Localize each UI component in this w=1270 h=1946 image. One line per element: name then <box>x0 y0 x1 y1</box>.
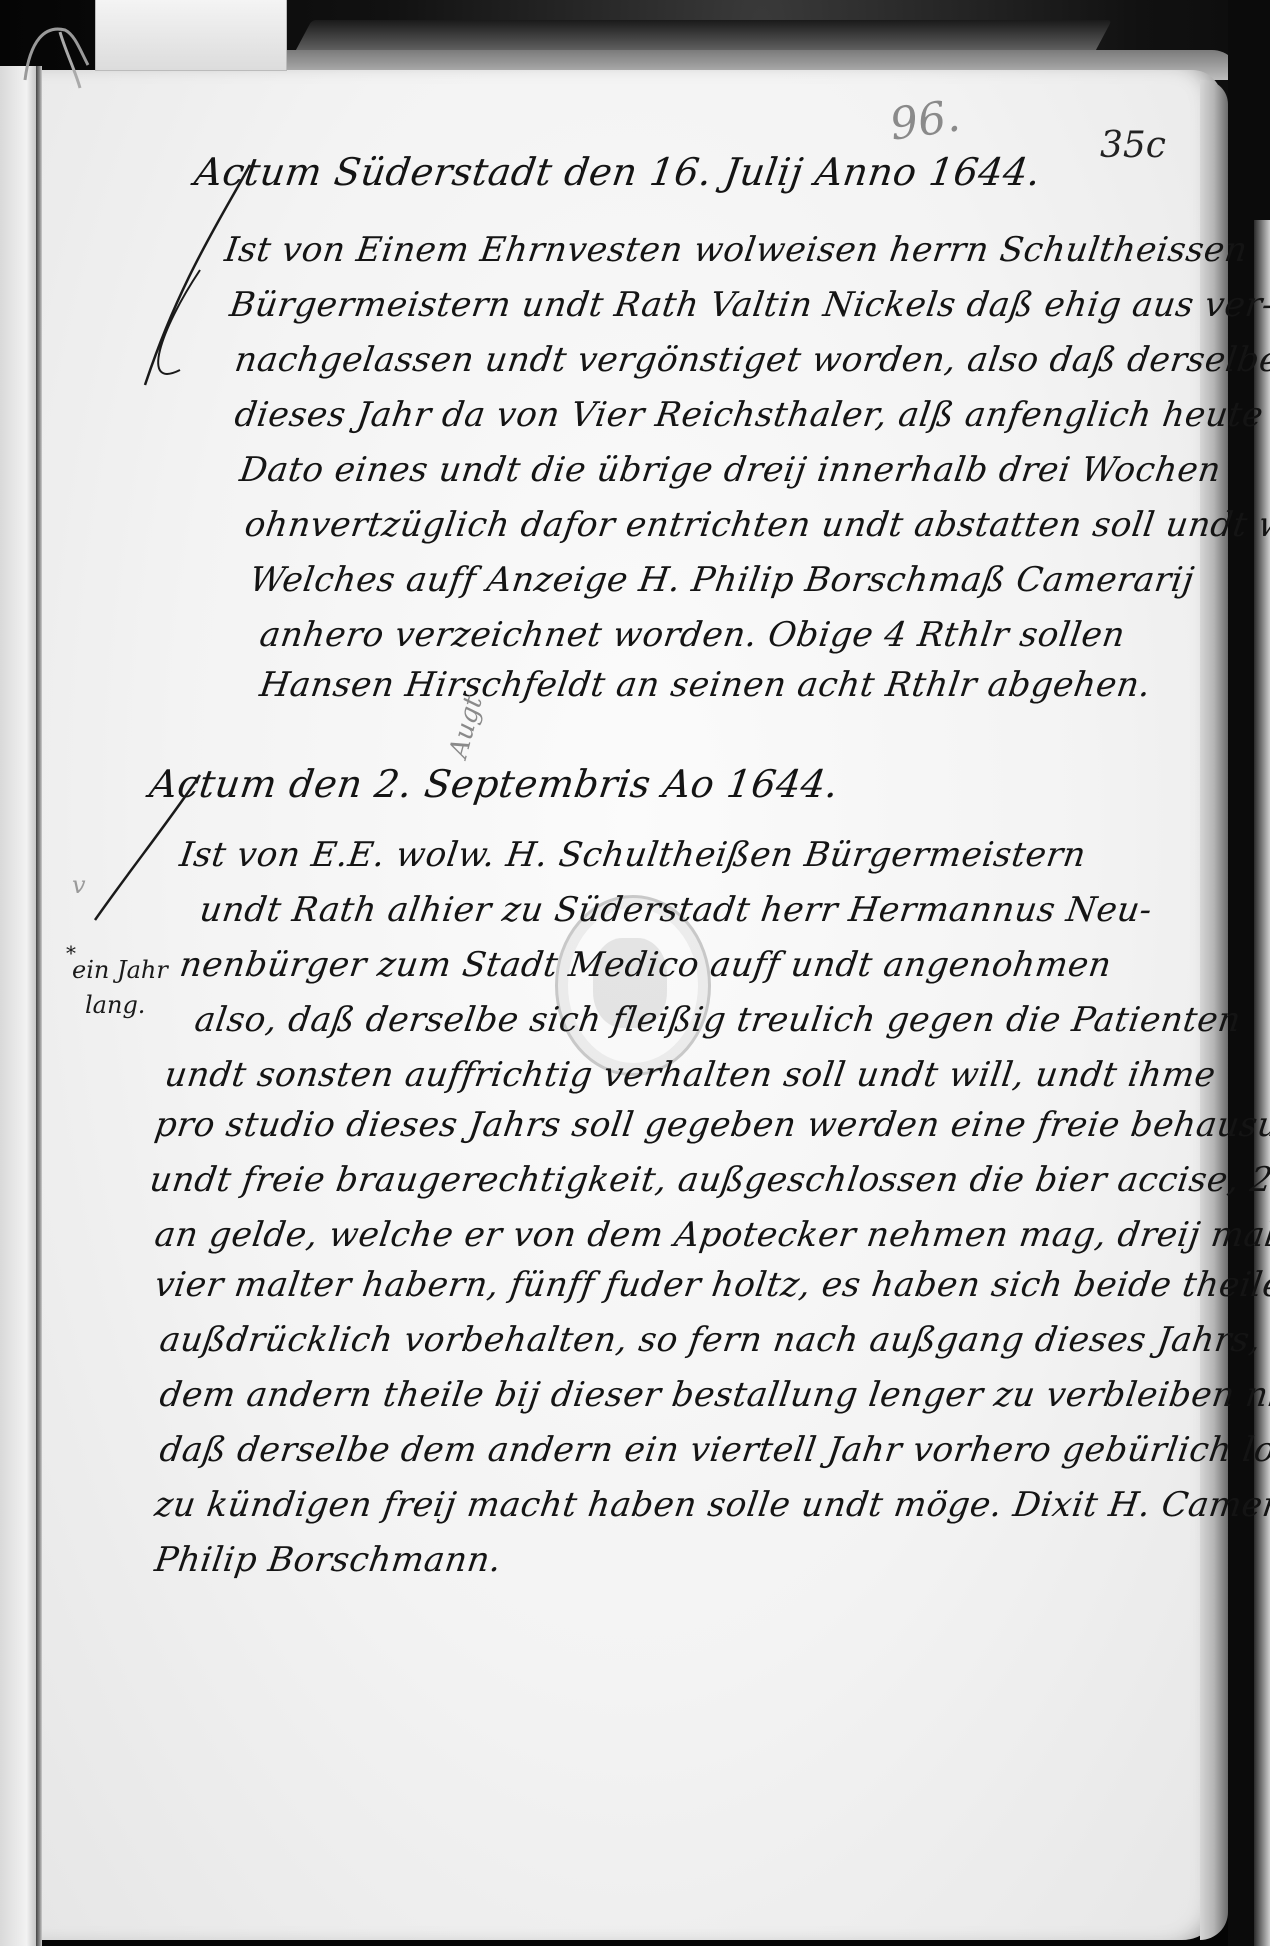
entry-2-line-3: nenbürger zum Stadt Medico auff undt ang… <box>177 945 1114 985</box>
pencil-folio-number: 96. <box>887 90 963 150</box>
entry-1-line-9: Hansen Hirschfeldt an seinen acht Rthlr … <box>257 665 1153 705</box>
entry-2-line-2: undt Rath alhier zu Süderstadt herr Herm… <box>197 890 1154 930</box>
entry-2-line-10: außdrücklich vorbehalten, so fern nach a… <box>157 1320 1270 1360</box>
paper-tag <box>95 0 287 71</box>
entry-2-line-1: Ist von E.E. wolw. H. Schultheißen Bürge… <box>177 835 1088 875</box>
entry-2-line-7: undt freie braugerechtigkeit, außgeschlo… <box>147 1160 1270 1200</box>
entry-1-line-6: ohnvertzüglich dafor entrichten undt abs… <box>242 505 1270 545</box>
entry-1-line-4: dieses Jahr da von Vier Reichsthaler, al… <box>232 395 1266 435</box>
entry-1-line-1: Ist von Einem Ehrnvesten wolweisen herrn… <box>222 230 1250 270</box>
entry-2-line-6: pro studio dieses Jahrs soll gegeben wer… <box>152 1105 1270 1145</box>
entry-2-line-5: undt sonsten auffrichtig verhalten soll … <box>162 1055 1218 1095</box>
entry-2-line-9: vier malter habern, fünff fuder holtz, e… <box>152 1265 1270 1305</box>
entry-1-line-8: anhero verzeichnet worden. Obige 4 Rthlr… <box>257 615 1127 655</box>
ink-folio-number: 35c <box>1100 125 1166 166</box>
entry-2-line-12: daß derselbe dem andern ein viertell Jah… <box>157 1430 1270 1470</box>
entry-2-line-8: an gelde, welche er von dem Apotecker ne… <box>152 1215 1270 1255</box>
next-page-sliver <box>1254 220 1270 1946</box>
left-facing-page <box>0 66 38 1946</box>
entry-2-heading: Actum den 2. Septembris Ao 1644. <box>147 762 842 806</box>
entry-1-line-7: Welches auff Anzeige H. Philip Borschmaß… <box>247 560 1197 600</box>
entry-2-line-4: also, daß derselbe sich fleißig treulich… <box>192 1000 1243 1040</box>
margin-tick: v <box>72 870 86 900</box>
entry-2-line-13: zu kündigen freij macht haben solle undt… <box>152 1485 1270 1525</box>
margin-note-line-2: lang. <box>85 990 145 1020</box>
entry-2-line-11: dem andern theile bij dieser bestallung … <box>157 1375 1270 1415</box>
margin-note-line-1: ein Jahr <box>72 955 168 985</box>
entry-1-line-2: Bürgermeistern undt Rath Valtin Nickels … <box>227 285 1270 325</box>
entry-1-heading: Actum Süderstadt den 16. Julij Anno 1644… <box>192 150 1044 194</box>
entry-2-line-14: Philip Borschmann. <box>152 1540 504 1580</box>
entry-1-line-5: Dato eines undt die übrige dreij innerha… <box>237 450 1223 490</box>
entry-1-line-3: nachgelassen undt vergönstiget worden, a… <box>232 340 1270 380</box>
